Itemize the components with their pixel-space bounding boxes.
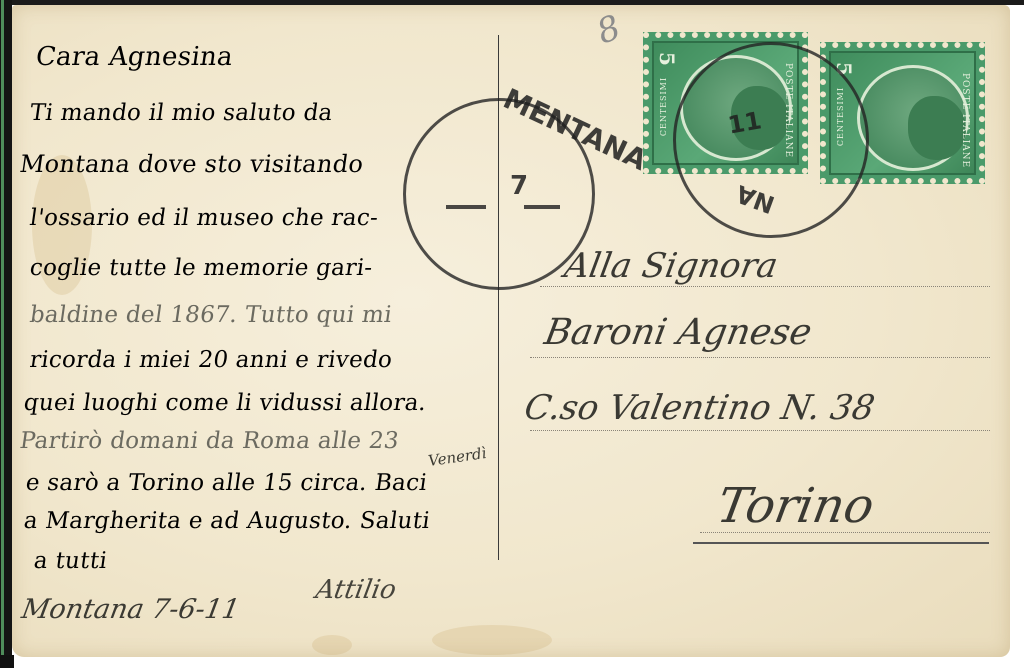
message-line: quei luoghi come li vidussi allora. <box>22 390 428 416</box>
message-line: baldine del 1867. Tutto qui mi <box>28 302 394 328</box>
message-line: coglie tutte le memorie gari- <box>28 255 374 281</box>
message-line: l'ossario ed il museo che rac- <box>28 205 380 231</box>
age-stain <box>432 625 552 655</box>
stamp-value: 5 <box>655 52 679 66</box>
age-stain <box>312 635 352 655</box>
postmark-bar <box>446 205 486 209</box>
city-underline <box>693 542 989 544</box>
message-greeting: Cara Agnesina <box>34 42 235 72</box>
postmark-town: NA <box>732 179 778 219</box>
message-line: e sarò a Torino alle 15 circa. Baci <box>24 470 429 496</box>
stamp-portrait-oval <box>857 65 969 171</box>
message-line: Montana dove sto visitando <box>18 150 365 178</box>
address-recipient-name: Baroni Agnese <box>541 312 814 353</box>
address-salutation: Alla Signora <box>561 246 780 286</box>
signature: Attilio <box>313 575 398 605</box>
address-dotted-line <box>530 357 990 358</box>
address-dotted-line <box>530 430 990 431</box>
message-line: a Margherita e ad Augusto. Saluti <box>22 508 432 534</box>
postmark-circle: NA 11 <box>673 42 869 238</box>
postmark-bar <box>524 205 560 209</box>
postmark-date: 11 <box>726 106 764 139</box>
address-street: C.so Valentino N. 38 <box>521 388 877 428</box>
scanner-edge-corner <box>0 655 14 668</box>
king-portrait-icon <box>908 96 966 160</box>
message-line: a tutti <box>32 548 109 574</box>
place-and-date: Montana 7-6-11 <box>19 594 242 625</box>
stamp-denomination: CENTESIMI <box>659 77 668 136</box>
message-line: ricorda i miei 20 anni e rivedo <box>28 347 394 373</box>
address-city: Torino <box>713 478 878 534</box>
address-dotted-line <box>540 286 990 287</box>
message-line: Ti mando il mio saluto da <box>28 100 334 126</box>
postmark-date: 7 <box>510 171 528 201</box>
stamp-issuer: POSTE ITALIANE <box>960 73 970 168</box>
message-line: Partirò domani da Roma alle 23 <box>18 428 400 454</box>
scanner-edge-green-strip <box>1 0 4 668</box>
